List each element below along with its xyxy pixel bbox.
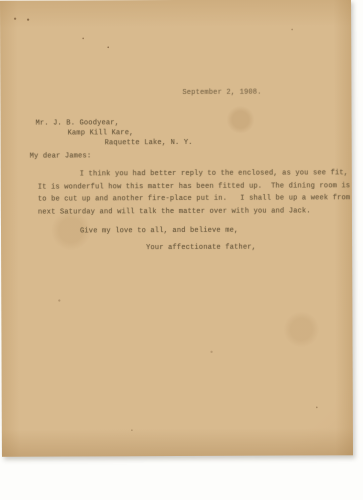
recipient-address-1: Kamp Kill Kare,: [68, 129, 134, 137]
body-line-1: I think you had better reply to the encl…: [80, 169, 348, 178]
salutation: My dear James:: [30, 152, 92, 160]
body-line-2: It is wonderful how this matter has been…: [38, 182, 350, 191]
scan-background: September 2, 1908. Mr. J. B. Goodyear, K…: [0, 0, 363, 500]
date-line: September 2, 1908.: [182, 89, 261, 97]
body-line-3: to be cut up and another fire-place put …: [38, 194, 350, 203]
signature-line: Your affectionate father,: [146, 244, 256, 252]
closing-line: Give my love to all, and believe me,: [80, 227, 238, 236]
letter-page: September 2, 1908. Mr. J. B. Goodyear, K…: [0, 0, 353, 457]
recipient-name: Mr. J. B. Goodyear,: [36, 119, 120, 127]
body-line-4: next Saturday and will talk the matter o…: [38, 207, 311, 216]
recipient-address-2: Raquette Lake, N. Y.: [105, 139, 193, 147]
